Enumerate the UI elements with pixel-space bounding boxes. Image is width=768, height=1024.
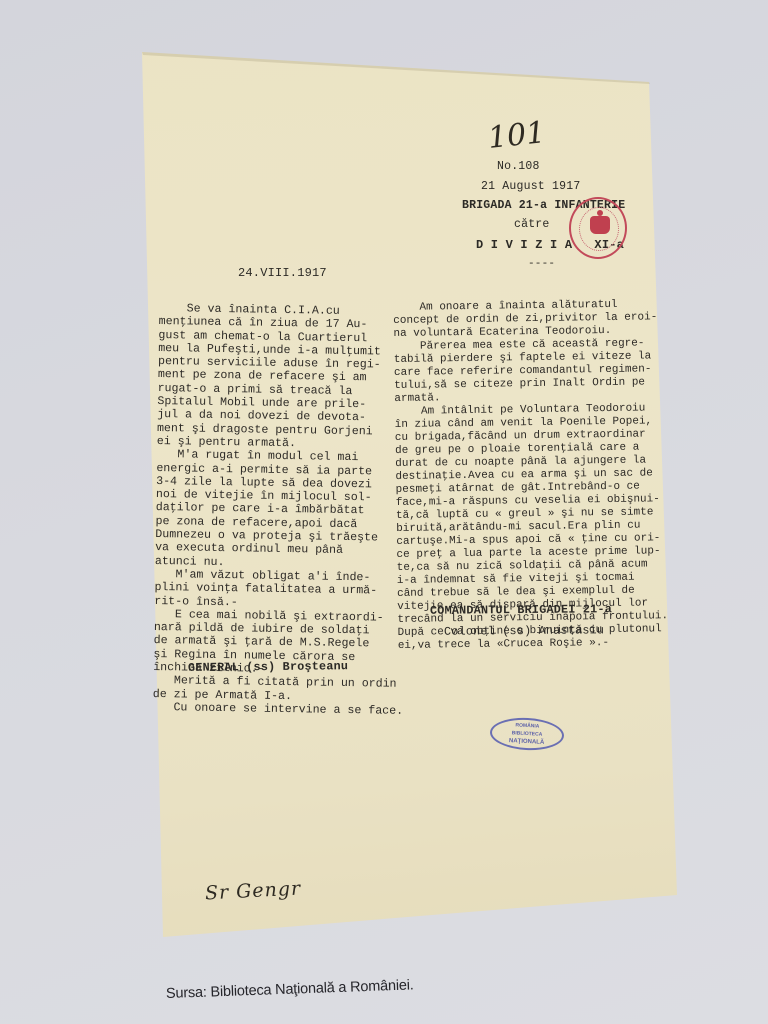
document-date: 21 August 1917 [481,180,580,193]
red-seal-stamp [569,197,627,259]
document-number: No.108 [497,160,540,173]
left-column-text: Se va înainta C.I.A.cu menţiunea că în z… [153,302,410,718]
brigade-commander-title: COMANDANTUL BRIGADEI 21-a [430,602,612,618]
to-word: către [514,218,550,231]
right-column-text: Am onoare a înainta alăturatul concept d… [393,298,669,653]
crown-icon [590,216,610,234]
header-separator: ---- [528,258,555,270]
source-caption: Sursa: Biblioteca Naţională a României. [166,977,414,1002]
general-signature: GENERAL (ss) Broşteanu [188,659,348,675]
left-column-date: 24.VIII.1917 [238,266,327,280]
colonel-signature: Colonel (ss) Anastasiu [444,623,604,638]
archive-number: 101 [486,115,547,156]
